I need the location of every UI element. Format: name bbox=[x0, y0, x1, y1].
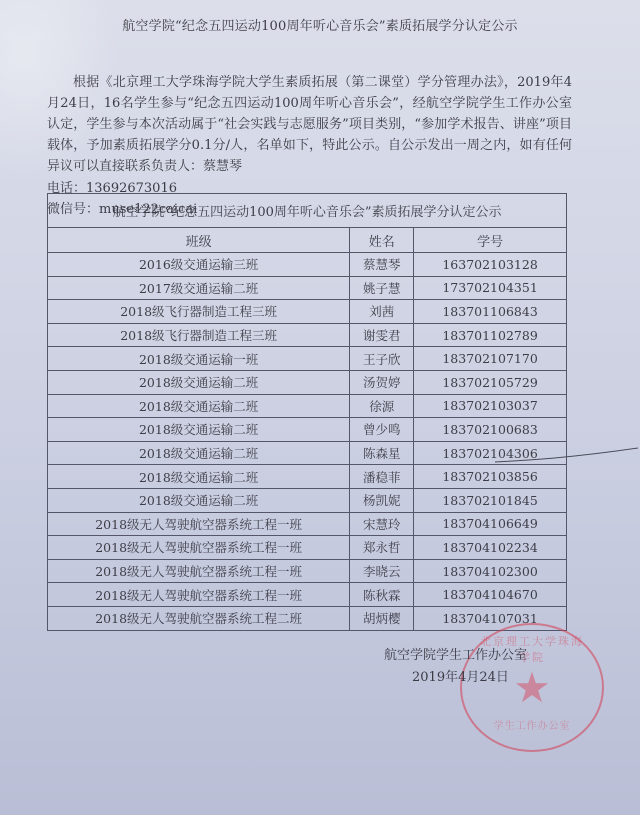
cell-class: 2018级交通运输二班 bbox=[48, 465, 350, 489]
table-row: 2017级交通运输二班姚子慧173702104351 bbox=[48, 276, 567, 300]
cell-student-id: 183704106649 bbox=[414, 512, 567, 536]
table-row: 2018级飞行器制造工程三班刘茜183701106843 bbox=[48, 300, 567, 324]
table-header-row: 班级 姓名 学号 bbox=[48, 228, 567, 253]
cell-class: 2018级无人驾驶航空器系统工程一班 bbox=[48, 583, 350, 607]
cell-class: 2017级交通运输二班 bbox=[48, 276, 350, 300]
cell-name: 刘茜 bbox=[350, 300, 414, 324]
cell-student-id: 183704104670 bbox=[414, 583, 567, 607]
seal-text-bottom: 学生工作办公室 bbox=[482, 717, 582, 732]
table-row: 2018级交通运输二班潘稳菲183702103856 bbox=[48, 465, 567, 489]
table-row: 2018级无人驾驶航空器系统工程一班陈秋霖183704104670 bbox=[48, 583, 567, 607]
cell-name: 姚子慧 bbox=[350, 276, 414, 300]
table-row: 2018级交通运输二班徐源183702103037 bbox=[48, 394, 567, 418]
cell-class: 2018级无人驾驶航空器系统工程一班 bbox=[48, 536, 350, 560]
table-row: 2018级无人驾驶航空器系统工程一班郑永哲183704102234 bbox=[48, 536, 567, 560]
cell-name: 陈秋霖 bbox=[350, 583, 414, 607]
signoff-date: 2019年4月24日 bbox=[384, 667, 527, 689]
cell-name: 李晓云 bbox=[350, 559, 414, 583]
table-row: 2018级交通运输二班曾少鸣183702100683 bbox=[48, 418, 567, 442]
cell-student-id: 183702101845 bbox=[414, 488, 567, 512]
table-row: 2016级交通运输三班蔡慧琴163702103128 bbox=[48, 253, 567, 277]
table-row: 2018级交通运输二班汤贺婷183702105729 bbox=[48, 370, 567, 394]
table-row: 2018级无人驾驶航空器系统工程一班宋慧玲183704106649 bbox=[48, 512, 567, 536]
cell-student-id: 183704102300 bbox=[414, 559, 567, 583]
cell-class: 2016级交通运输三班 bbox=[48, 253, 350, 277]
cell-student-id: 183701106843 bbox=[414, 300, 567, 324]
table-title: 航空学院“纪念五四运动100周年听心音乐会”素质拓展学分认定公示 bbox=[48, 194, 567, 228]
cell-student-id: 183704102234 bbox=[414, 536, 567, 560]
signoff-organization: 航空学院学生工作办公室 bbox=[384, 645, 527, 667]
cell-name: 郑永哲 bbox=[350, 536, 414, 560]
table-title-row: 航空学院“纪念五四运动100周年听心音乐会”素质拓展学分认定公示 bbox=[48, 194, 567, 228]
cell-student-id: 183701102789 bbox=[414, 323, 567, 347]
table-row: 2018级无人驾驶航空器系统工程一班李晓云183704102300 bbox=[48, 559, 567, 583]
notice-body: 根据《北京理工大学珠海学院大学生素质拓展（第二课堂）学分管理办法》，2019年4… bbox=[47, 72, 572, 177]
cell-student-id: 163702103128 bbox=[414, 253, 567, 277]
table-row: 2018级交通运输一班王子欣183702107170 bbox=[48, 347, 567, 371]
notice-paragraph: 根据《北京理工大学珠海学院大学生素质拓展（第二课堂）学分管理办法》，2019年4… bbox=[47, 72, 572, 177]
header-name: 姓名 bbox=[350, 228, 414, 253]
cell-name: 徐源 bbox=[350, 394, 414, 418]
cell-class: 2018级无人驾驶航空器系统工程二班 bbox=[48, 606, 350, 630]
cell-class: 2018级飞行器制造工程三班 bbox=[48, 323, 350, 347]
table-row: 2018级交通运输二班陈森星183702104306 bbox=[48, 441, 567, 465]
header-class: 班级 bbox=[48, 228, 350, 253]
cell-name: 潘稳菲 bbox=[350, 465, 414, 489]
cell-class: 2018级交通运输二班 bbox=[48, 488, 350, 512]
cell-class: 2018级无人驾驶航空器系统工程一班 bbox=[48, 559, 350, 583]
table-row: 2018级交通运输二班杨凯妮183702101845 bbox=[48, 488, 567, 512]
cell-class: 2018级交通运输二班 bbox=[48, 418, 350, 442]
document-title: 航空学院“纪念五四运动100周年听心音乐会”素质拓展学分认定公示 bbox=[0, 15, 640, 34]
cell-name: 谢雯君 bbox=[350, 323, 414, 347]
cell-name: 杨凯妮 bbox=[350, 488, 414, 512]
cell-student-id: 173702104351 bbox=[414, 276, 567, 300]
cell-student-id: 183702104306 bbox=[414, 441, 567, 465]
header-student-id: 学号 bbox=[414, 228, 567, 253]
cell-name: 宋慧玲 bbox=[350, 512, 414, 536]
cell-student-id: 183702103037 bbox=[414, 394, 567, 418]
credit-roster-table: 航空学院“纪念五四运动100周年听心音乐会”素质拓展学分认定公示 班级 姓名 学… bbox=[47, 193, 567, 631]
cell-student-id: 183704107031 bbox=[414, 606, 567, 630]
cell-name: 汤贺婷 bbox=[350, 370, 414, 394]
cell-name: 陈森星 bbox=[350, 441, 414, 465]
cell-name: 王子欣 bbox=[350, 347, 414, 371]
table-row: 2018级飞行器制造工程三班谢雯君183701102789 bbox=[48, 323, 567, 347]
cell-student-id: 183702100683 bbox=[414, 418, 567, 442]
cell-class: 2018级交通运输二班 bbox=[48, 370, 350, 394]
cell-name: 曾少鸣 bbox=[350, 418, 414, 442]
cell-student-id: 183702103856 bbox=[414, 465, 567, 489]
cell-name: 蔡慧琴 bbox=[350, 253, 414, 277]
cell-class: 2018级交通运输一班 bbox=[48, 347, 350, 371]
cell-student-id: 183702107170 bbox=[414, 347, 567, 371]
table-row: 2018级无人驾驶航空器系统工程二班胡炳樱183704107031 bbox=[48, 606, 567, 630]
cell-class: 2018级交通运输二班 bbox=[48, 441, 350, 465]
cell-class: 2018级交通运输二班 bbox=[48, 394, 350, 418]
cell-class: 2018级飞行器制造工程三班 bbox=[48, 300, 350, 324]
cell-name: 胡炳樱 bbox=[350, 606, 414, 630]
signoff-block: 航空学院学生工作办公室 2019年4月24日 bbox=[384, 645, 527, 689]
cell-class: 2018级无人驾驶航空器系统工程一班 bbox=[48, 512, 350, 536]
cell-student-id: 183702105729 bbox=[414, 370, 567, 394]
